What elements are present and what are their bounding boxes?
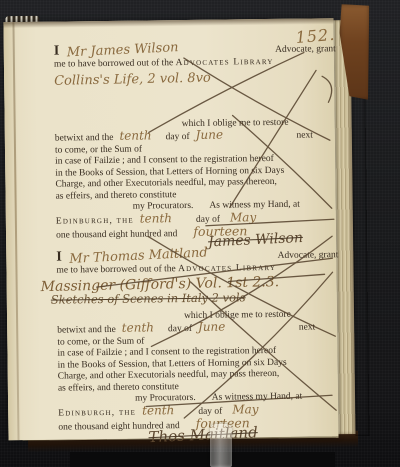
return-day-handwritten: tenth bbox=[119, 130, 151, 142]
day-of-label: day of bbox=[168, 324, 192, 336]
photo-background: 152. I Mr James Wilson Advocate, grant m… bbox=[0, 0, 400, 467]
procurators-label: my Procurators. bbox=[58, 393, 196, 406]
page-holder-clip bbox=[210, 424, 232, 467]
return-month-handwritten: June bbox=[198, 322, 226, 334]
form-initial: I bbox=[56, 252, 62, 264]
signed-month-handwritten: May bbox=[232, 404, 258, 416]
signed-month-handwritten: May bbox=[230, 212, 256, 224]
library-label: Advocates Library bbox=[178, 263, 276, 274]
borrower-name: Mr Thomas Maitland bbox=[70, 247, 209, 265]
signed-day-handwritten: tenth bbox=[140, 213, 172, 225]
day-of-label: day of bbox=[166, 132, 190, 144]
ledger-page: 152. I Mr James Wilson Advocate, grant m… bbox=[3, 18, 338, 440]
form-initial: I bbox=[54, 46, 60, 58]
advocate-grant-label: Advocate, grant bbox=[275, 44, 336, 56]
return-day-handwritten: tenth bbox=[122, 322, 154, 334]
next-label: next bbox=[299, 322, 315, 334]
betwixt-label: betwixt and the bbox=[55, 133, 114, 145]
edinburgh-label: Edinburgh, the bbox=[56, 215, 134, 227]
ledger-entry-maitland: I Mr Thomas Maitland Advocate, grant me … bbox=[56, 248, 340, 442]
signed-day-handwritten: tenth bbox=[142, 405, 174, 417]
gutter-crease bbox=[12, 22, 19, 440]
ledger-entry-wilson: I Mr James Wilson Advocate, grant me to … bbox=[54, 42, 338, 250]
edinburgh-label: Edinburgh, the bbox=[58, 407, 136, 419]
advocate-grant-label: Advocate, grant bbox=[278, 250, 339, 262]
background-shadow bbox=[70, 452, 335, 467]
borrower-name: Mr James Wilson bbox=[67, 42, 179, 59]
next-label: next bbox=[296, 130, 312, 142]
ledger-book: 152. I Mr James Wilson Advocate, grant m… bbox=[3, 18, 372, 444]
betwixt-label: betwixt and the bbox=[57, 325, 116, 337]
library-label: Advocates Library bbox=[176, 57, 274, 68]
procurators-label: my Procurators. bbox=[56, 201, 194, 214]
return-month-handwritten: June bbox=[196, 130, 224, 142]
